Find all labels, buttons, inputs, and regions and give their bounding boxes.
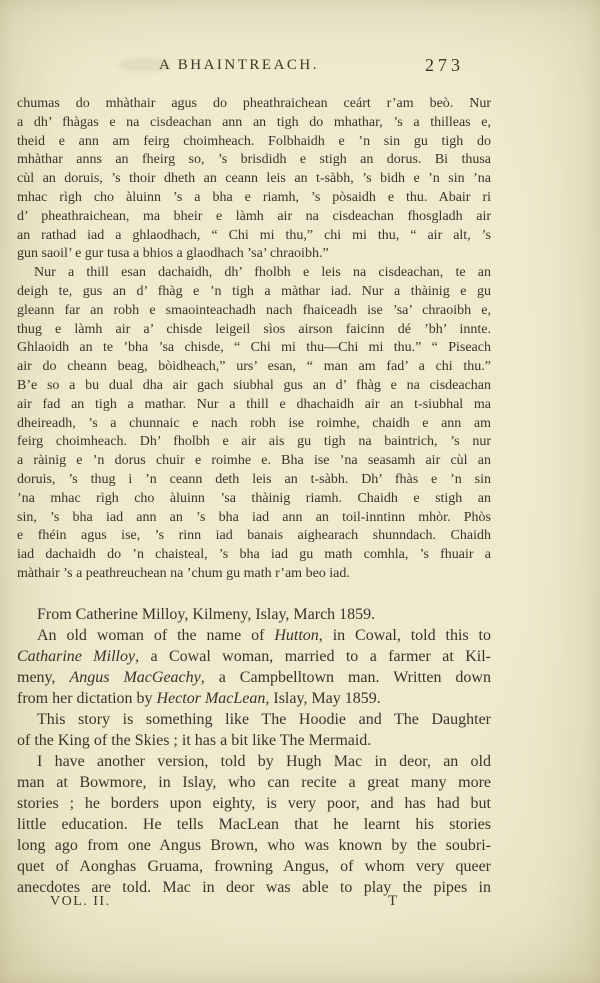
text-line: an rathad iad a ghlaodhach, “ Chi mi thu… (17, 227, 491, 246)
text-line: deigh te, gus an d’ fhàg e ’n tigh a màt… (17, 283, 491, 302)
text-segment: air do cheann beag, bòidheach,” urs’ esa… (17, 359, 491, 374)
text-segment: little education. He tells MacLean that … (17, 816, 491, 833)
text-segment: chumas do mhàthair agus do pheathraichea… (17, 96, 491, 111)
text-segment: màthair ’s a peathreuchean na ’chum gu m… (17, 566, 350, 581)
text-segment: ’na mhac rìgh cho àluinn ’sa thàinig ria… (17, 491, 491, 506)
text-line: iad dachaidh do ’n chaisteal, ’s bha iad… (17, 546, 491, 565)
paragraph: Nur a thill esan dachaidh, dh’ fholbh e … (17, 264, 491, 584)
text-line: man at Bowmore, in Islay, who can recite… (17, 772, 491, 793)
text-segment: dheireadh, ’s a chunnaic e nach robh ise… (17, 416, 491, 431)
text-segment: air fad an tigh a mathar. Nur a thill e … (17, 397, 491, 412)
text-segment: , a Campbelltown man. Written down (201, 669, 491, 686)
text-segment: a dh’ fhàgas e na cisdeachan ann an tigh… (17, 115, 491, 130)
text-segment: meny, (17, 669, 69, 686)
text-segment: an rathad iad a ghlaodhach, “ Chi mi thu… (17, 228, 491, 243)
text-segment: Ghlaoidh an te ’bha ’sa chisde, “ Chi mi… (17, 340, 491, 355)
text-line: feirg choimheach. Dh’ fholbh e air ais g… (17, 433, 491, 452)
text-line: quet of Aonghas Gruama, frowning Angus, … (17, 856, 491, 877)
gaelic-story-text: chumas do mhàthair agus do pheathraichea… (17, 95, 491, 584)
footer-volume: VOL. II. (50, 894, 111, 910)
footer-signature: T (388, 893, 397, 910)
text-line: mhàthar anns an fheirg so, ’s brisdidh e… (17, 151, 491, 170)
text-line: mhac rìgh cho àluinn ’s a bha e riamh, ’… (17, 189, 491, 208)
text-line: chumas do mhàthair agus do pheathraichea… (17, 95, 491, 114)
text-segment: gleann far an robh e smaointeachadh nach… (17, 303, 491, 318)
text-line: doruis, ’s thug i ’n ceann deth leis an … (17, 471, 491, 490)
text-line: sin, ’s bha iad ann an ’s bha iad ann an… (17, 509, 491, 528)
text-segment: from her dictation by (17, 690, 157, 707)
text-line: An old woman of the name of Hutton, in C… (17, 625, 491, 646)
text-segment: stories ; he borders upon eighty, is ver… (17, 795, 491, 812)
notes-text: From Catherine Milloy, Kilmeny, Islay, M… (17, 604, 491, 898)
text-line: B’e so a bu dual dha air gach siubhal gu… (17, 377, 491, 396)
text-line: gun saoil’ e gur tusa a bhios a glaodhac… (17, 245, 491, 264)
text-segment: , a Cowal woman, married to a farmer at … (135, 648, 491, 665)
text-line: gleann far an robh e smaointeachadh nach… (17, 302, 491, 321)
text-line: ’na mhac rìgh cho àluinn ’sa thàinig ria… (17, 490, 491, 509)
text-line: e fhéin agus ise, ’s rinn iad banais aig… (17, 527, 491, 546)
text-line: From Catherine Milloy, Kilmeny, Islay, M… (17, 604, 491, 625)
text-line: Ghlaoidh an te ’bha ’sa chisde, “ Chi mi… (17, 339, 491, 358)
text-segment: sin, ’s bha iad ann an ’s bha iad ann an… (17, 510, 491, 525)
paragraph: I have another version, told by Hugh Mac… (17, 751, 491, 898)
text-segment: cùl an doruis, ’s thoir dheth an ceann l… (17, 171, 491, 186)
text-segment: mhac rìgh cho àluinn ’s a bha e riamh, ’… (17, 190, 491, 205)
text-segment: , in Cowal, told this to (319, 627, 491, 644)
italic-text: Catharine Milloy (17, 648, 135, 665)
text-segment: deigh te, gus an d’ fhàg e ’n tigh a màt… (17, 284, 491, 299)
paragraph: An old woman of the name of Hutton, in C… (17, 625, 491, 709)
text-segment: gun saoil’ e gur tusa a bhios a glaodhac… (17, 246, 329, 261)
text-segment: theid e ann am feirg choimheach. Folbhai… (17, 134, 491, 149)
text-line: Nur a thill esan dachaidh, dh’ fholbh e … (17, 264, 491, 283)
text-segment: man at Bowmore, in Islay, who can recite… (17, 774, 491, 791)
text-line: air do cheann beag, bòidheach,” urs’ esa… (17, 358, 491, 377)
paragraph: This story is something like The Hoodie … (17, 709, 491, 751)
text-segment: of the King of the Skies ; it has a bit … (17, 732, 371, 749)
text-line: dheireadh, ’s a chunnaic e nach robh ise… (17, 415, 491, 434)
text-line: meny, Angus MacGeachy, a Campbelltown ma… (17, 667, 491, 688)
text-segment: quet of Aonghas Gruama, frowning Angus, … (17, 858, 491, 875)
text-line: a ràinig e ’n dorus chuir e roimhe e. Bh… (17, 452, 491, 471)
text-line: a dh’ fhàgas e na cisdeachan ann an tigh… (17, 114, 491, 133)
text-segment: B’e so a bu dual dha air gach siubhal gu… (17, 378, 491, 393)
paragraph: From Catherine Milloy, Kilmeny, Islay, M… (17, 604, 491, 625)
text-line: from her dictation by Hector MacLean, Is… (17, 688, 491, 709)
paragraph: chumas do mhàthair agus do pheathraichea… (17, 95, 491, 264)
text-line: theid e ann am feirg choimheach. Folbhai… (17, 133, 491, 152)
text-line: I have another version, told by Hugh Mac… (17, 751, 491, 772)
text-segment: d’ pheathraichean, ma bheir e làmh air n… (17, 209, 491, 224)
text-line: long ago from one Angus Brown, who was k… (17, 835, 491, 856)
italic-text: Hutton (274, 627, 318, 644)
italic-text: Angus MacGeachy (69, 669, 200, 686)
text-segment: doruis, ’s thug i ’n ceann deth leis an … (17, 472, 491, 487)
text-line: little education. He tells MacLean that … (17, 814, 491, 835)
text-segment: thug e làmh air a’ chisde leigeil sìos a… (17, 322, 491, 337)
text-segment: e fhéin agus ise, ’s rinn iad banais aig… (17, 528, 491, 543)
text-line: d’ pheathraichean, ma bheir e làmh air n… (17, 208, 491, 227)
text-segment: This story is something like The Hoodie … (37, 711, 491, 728)
text-segment: Nur a thill esan dachaidh, dh’ fholbh e … (34, 265, 491, 280)
text-segment: I have another version, told by Hugh Mac… (37, 753, 491, 770)
text-segment: mhàthar anns an fheirg so, ’s brisdidh e… (17, 152, 491, 167)
text-line: Catharine Milloy, a Cowal woman, married… (17, 646, 491, 667)
text-segment: An old woman of the name of (37, 627, 274, 644)
text-line: stories ; he borders upon eighty, is ver… (17, 793, 491, 814)
text-segment: feirg choimheach. Dh’ fholbh e air ais g… (17, 434, 491, 449)
text-line: This story is something like The Hoodie … (17, 709, 491, 730)
text-segment: iad dachaidh do ’n chaisteal, ’s bha iad… (17, 547, 491, 562)
text-segment: a ràinig e ’n dorus chuir e roimhe e. Bh… (17, 453, 491, 468)
text-segment: , Islay, May 1859. (265, 690, 380, 707)
text-segment: From Catherine Milloy, Kilmeny, Islay, M… (37, 606, 375, 623)
page-title: A BHAINTREACH. (0, 57, 478, 74)
italic-text: Hector MacLean (157, 690, 266, 707)
text-line: of the King of the Skies ; it has a bit … (17, 730, 491, 751)
text-line: air fad an tigh a mathar. Nur a thill e … (17, 396, 491, 415)
page-number: 273 (425, 55, 464, 76)
text-line: cùl an doruis, ’s thoir dheth an ceann l… (17, 170, 491, 189)
text-line: thug e làmh air a’ chisde leigeil sìos a… (17, 321, 491, 340)
text-line: màthair ’s a peathreuchean na ’chum gu m… (17, 565, 491, 584)
text-segment: long ago from one Angus Brown, who was k… (17, 837, 491, 854)
